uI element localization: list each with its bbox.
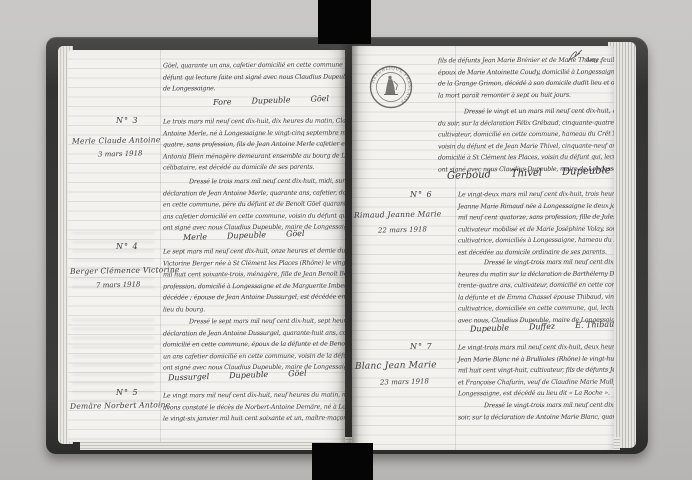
margin-rule <box>160 50 161 442</box>
seated-figure-icon <box>384 76 398 95</box>
text-line: Le vingt-trois mars mil neuf cent dix-hu… <box>458 342 612 354</box>
text-line: lieu du bourg. <box>163 303 343 316</box>
record-closing: Dressé le vingt-trois mars mil neuf cent… <box>458 257 612 327</box>
partial-record-text: Göel, quarante un ans, cafetier domicili… <box>163 60 343 95</box>
record-closing: Dressé le sept mars mil neuf cent dix-hu… <box>163 316 343 374</box>
text-line: mil neuf cent quatorze, sans profession,… <box>458 212 612 224</box>
record-margin-name: Rimaud Jeanne Marie <box>354 209 442 220</box>
text-line: quatre, sans profession, fils de Jean An… <box>163 139 343 152</box>
text-line: Dressé le vingt et un mars mil neuf cent… <box>438 106 610 118</box>
film-notch-bottom <box>312 443 373 480</box>
signature: E. Thibaud <box>575 319 614 330</box>
text-line: Dressé le vingt-trois mars mil neuf cent… <box>458 400 612 412</box>
text-line: cultivatrice, domiciliée en cette commun… <box>458 303 612 315</box>
record-number: N° 3 <box>116 116 139 125</box>
record-margin-date: 22 mars 1918 <box>378 225 427 234</box>
record-number: N° 5 <box>116 388 139 397</box>
record-body: Le trois mars mil neuf cent dix-huit, di… <box>163 116 343 174</box>
record-body: Le sept mars mil neuf cent dix-huit, onz… <box>163 246 343 316</box>
signature: Duffez <box>529 322 555 332</box>
text-line: soir, sur la déclaration de Antoine Mari… <box>458 411 612 423</box>
signature: Göel <box>288 369 307 379</box>
left-page: Göel, quarante un ans, cafetier domicili… <box>68 50 345 442</box>
right-page: · RÉPUBLIQUE FRANÇAISE · 4me feuille fil… <box>352 46 614 450</box>
text-line: célibataire, est décédé au domicile de s… <box>163 162 343 175</box>
text-line: mil huit cent vingt-huit, cultivateur, f… <box>458 365 612 377</box>
text-line: Longessaigne, est décédé au lieu dit « L… <box>458 388 612 400</box>
signature: Dupeuble <box>227 230 266 240</box>
signature: Dupeuble <box>470 323 509 333</box>
partial-record-text: fils de défunts Jean Marie Brénier et de… <box>438 55 610 101</box>
text-line: Dressé le trois mars mil neuf cent dix-h… <box>163 176 343 189</box>
text-line: de la Grange Grimon, décédé à son domici… <box>438 78 610 90</box>
record-margin-date: 23 mars 1918 <box>380 377 429 386</box>
record-margin-name: Demäre Norbert Antoine <box>70 400 171 411</box>
record-margin-name: Blanc Jean Marie <box>355 360 437 371</box>
record-body: Le vingt-trois mars mil neuf cent dix-hu… <box>458 342 612 400</box>
text-line: trente-quatre ans, cultivateur, domicili… <box>458 280 612 292</box>
signature: Dupeuble <box>229 370 268 380</box>
text-line: Le sept mars mil neuf cent dix-huit, onz… <box>163 246 343 259</box>
text-line: Dressé le sept mars mil neuf cent dix-hu… <box>163 316 343 329</box>
signature: Göel <box>286 229 305 239</box>
text-line: domicilié à St Clément les Places, voisi… <box>438 152 610 164</box>
partial-record-signatures: ForeDupeubleGöel <box>213 94 329 107</box>
record-body: Le vingt-deux mars mil neuf cent dix-hui… <box>458 189 612 259</box>
signature: Fore <box>213 97 232 107</box>
record-body: Le vingt mars mil neuf cent dix-huit, ne… <box>163 390 343 425</box>
text-line: de Longessaigne. <box>163 83 343 96</box>
text-line: mil huit cent soixante-trois, ménagère, … <box>163 269 343 282</box>
text-line: Le trois mars mil neuf cent dix-huit, di… <box>163 116 343 129</box>
text-line: décédée ; épouse de Jean Antoine Dussurg… <box>163 292 343 305</box>
record-margin-name: Merle Claude Antoine <box>72 135 161 146</box>
text-line: Le vingt-deux mars mil neuf cent dix-hui… <box>458 189 612 201</box>
signature: Merle <box>183 232 207 242</box>
signature: Dupeuble <box>562 165 611 178</box>
text-line: cultivatrice, domiciliés à Longessaigne,… <box>458 235 612 247</box>
signature: Göel <box>310 94 329 104</box>
record-number: N° 4 <box>116 242 139 251</box>
text-line: fils de défunts Jean Marie Brénier et de… <box>438 55 610 67</box>
text-line: Le vingt mars mil neuf cent dix-huit, ne… <box>163 390 343 403</box>
text-line: en cette commune, père du défunt et de B… <box>163 199 343 212</box>
bleed-through <box>72 312 154 407</box>
signature: Dussurgel <box>168 372 209 382</box>
signature: Thivel <box>511 168 542 180</box>
record-closing: Dressé le vingt-trois mars mil neuf cent… <box>458 400 612 423</box>
text-line: cultivateur, domicilié en cette commune,… <box>438 129 610 141</box>
text-line: la mort paraît remonter à sept ou huit j… <box>438 89 610 101</box>
signature: Dupeuble <box>251 95 290 105</box>
register-scan: Göel, quarante un ans, cafetier domicili… <box>0 0 692 480</box>
signature: Gerboud <box>447 169 491 182</box>
text-line: Göel, quarante un ans, cafetier domicili… <box>163 60 343 73</box>
text-line: le vingt-six janvier mil huit cent soixa… <box>163 413 343 426</box>
record-margin-date: 3 mars 1918 <box>98 149 143 158</box>
record-margin-date: 7 mars 1918 <box>96 280 141 289</box>
film-notch-top <box>318 0 371 44</box>
republique-francaise-stamp: · RÉPUBLIQUE FRANÇAISE · <box>368 64 414 110</box>
record-number: N° 6 <box>410 190 433 199</box>
text-line: domicilié en cette commune, époux de la … <box>163 339 343 352</box>
record-number: N° 7 <box>410 342 433 351</box>
text-line: Dressé le vingt-trois mars mil neuf cent… <box>458 257 612 269</box>
record-closing: Dressé le trois mars mil neuf cent dix-h… <box>163 176 343 234</box>
